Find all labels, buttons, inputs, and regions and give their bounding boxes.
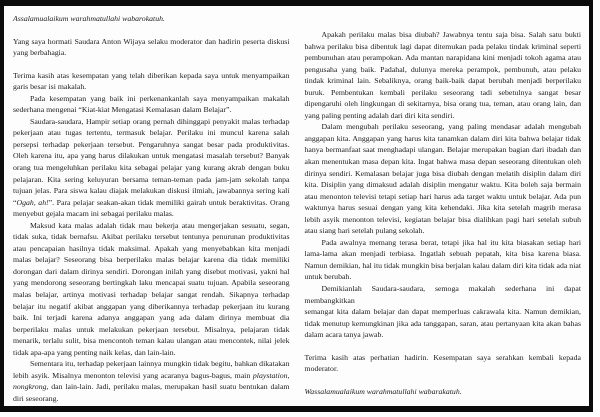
text-run: Apakah perilaku malas bisa diubah? Jawab… bbox=[305, 30, 582, 120]
text-run: Ogah, ah! bbox=[16, 198, 48, 207]
text-run: Wassalamualaikum warahmatullahi wabaraka… bbox=[305, 387, 462, 396]
text-run: Pada awalnya memang terasa berat, tetapi… bbox=[305, 238, 582, 282]
paragraph: Yang saya hormati Saudara Anton Wijaya s… bbox=[13, 36, 290, 59]
text-run: Dalam mengubah perilaku seseorang, yang … bbox=[305, 122, 582, 235]
paragraph: Demikianlah Saudara-saudara, semoga maka… bbox=[305, 283, 582, 341]
text-run: Demikianlah Saudara-saudara, semoga maka… bbox=[305, 284, 582, 339]
paragraph: Pada kesempatan yang baik ini perkenanka… bbox=[13, 93, 290, 116]
text-run: Saudara-saudara, Hampir setiap orang per… bbox=[13, 117, 290, 207]
paragraph: Wassalamualaikum warahmatullahi wabaraka… bbox=[305, 386, 582, 398]
paragraph: Maksud kata malas adalah tidak mau beker… bbox=[13, 220, 290, 359]
paragraph: Terima kasih atas perhatian hadirin. Kes… bbox=[305, 352, 582, 375]
paragraph: Saudara-saudara, Hampir setiap orang per… bbox=[13, 116, 290, 220]
text-run: Pada kesempatan yang baik ini perkenanka… bbox=[13, 94, 290, 115]
text-run: Terima kasih atas kesempatan yang telah … bbox=[13, 71, 290, 92]
text-run: Terima kasih atas perhatian hadirin. Kes… bbox=[305, 353, 582, 374]
text-run: Sementara itu, terhadap pekerjaan lainny… bbox=[13, 359, 290, 380]
text-run: Yang saya hormati Saudara Anton Wijaya s… bbox=[13, 37, 290, 58]
text-run: Assalamualaikum warahmatullahi wabarokat… bbox=[13, 14, 165, 23]
text-run: dan lain-lain. Jadi, perilaku malas, mer… bbox=[13, 382, 290, 403]
paragraph: Dalam mengubah perilaku seseorang, yang … bbox=[305, 121, 582, 236]
scanned-page: Assalamualaikum warahmatullahi wabarokat… bbox=[0, 0, 593, 412]
paragraph: Terima kasih atas kesempatan yang telah … bbox=[13, 70, 290, 93]
page-content: Assalamualaikum warahmatullahi wabarokat… bbox=[4, 6, 589, 409]
text-run: ”. Para pelajar seakan-akan tidak memili… bbox=[13, 198, 290, 219]
paragraph: Apakah perilaku malas bisa diubah? Jawab… bbox=[305, 29, 582, 121]
paragraph: Sementara itu, terhadap pekerjaan lainny… bbox=[13, 358, 290, 404]
paragraph: Assalamualaikum warahmatullahi wabarokat… bbox=[13, 13, 290, 25]
text-column-left: Assalamualaikum warahmatullahi wabarokat… bbox=[13, 13, 290, 405]
text-run: Maksud kata malas adalah tidak mau beker… bbox=[13, 221, 290, 357]
paragraph: Pada awalnya memang terasa berat, tetapi… bbox=[305, 237, 582, 283]
text-column-right: Apakah perilaku malas bisa diubah? Jawab… bbox=[305, 13, 582, 405]
